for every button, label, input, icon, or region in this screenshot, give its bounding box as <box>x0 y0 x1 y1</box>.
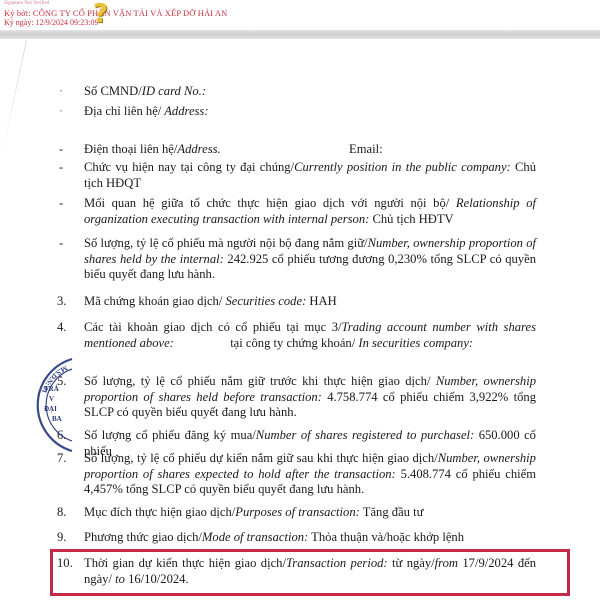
svg-text:BA: BA <box>52 415 62 423</box>
email-label: Email: <box>349 142 383 158</box>
svg-text:ĐẠI: ĐẠI <box>44 405 57 413</box>
highlight-box <box>50 549 570 596</box>
document-page: · Số CMND/ID card No.: · Địa chỉ liên hệ… <box>0 0 600 600</box>
svg-text:V: V <box>49 395 54 403</box>
